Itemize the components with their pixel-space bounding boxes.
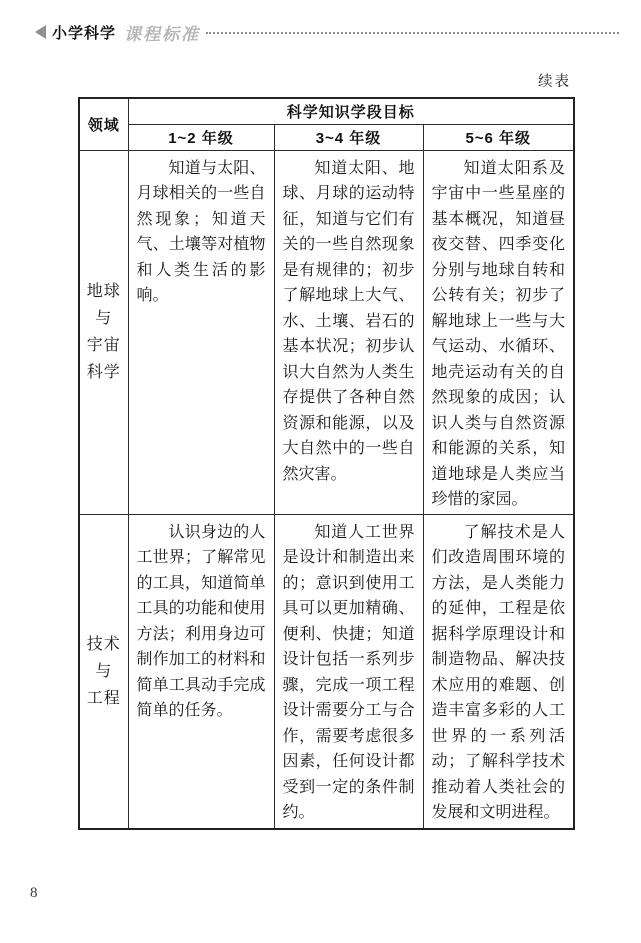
grade-header-1-2: 1~2 年级 xyxy=(128,124,274,150)
table-row-technology-engineering: 技术 与 工程 认识身边的人工世界；了解常见的工具，知道简单工具的功能和使用方法… xyxy=(79,514,574,829)
technology-grade-3-4-cell: 知道人工世界是设计和制造出来的；意识到使用工具可以更加精确、便利、快捷；知道设计… xyxy=(274,514,423,829)
goal-span-header: 科学知识学段目标 xyxy=(128,98,574,124)
running-head: 小学科学 课程标准 xyxy=(35,20,619,44)
earth-space-grade-5-6-cell: 知道太阳系及宇宙中一些星座的基本概况，知道昼夜交替、四季变化分别与地球自转和公转… xyxy=(423,150,574,514)
page-number: 8 xyxy=(30,885,38,902)
continued-table-note: 续表 xyxy=(538,70,571,91)
table-header-row-2: 1~2 年级 3~4 年级 5~6 年级 xyxy=(79,124,574,150)
grade-header-3-4: 3~4 年级 xyxy=(274,124,423,150)
technology-grade-5-6-cell: 了解技术是人们改造周围环境的方法，是人类能力的延伸，工程是依据科学原理设计和制造… xyxy=(423,514,574,829)
table-header-row-1: 领域 科学知识学段目标 xyxy=(79,98,574,124)
grade-header-5-6: 5~6 年级 xyxy=(423,124,574,150)
earth-space-grade-3-4-cell: 知道太阳、地球、月球的运动特征，知道与它们有关的一些自然现象是有规律的；初步了解… xyxy=(274,150,423,514)
domain-column-header: 领域 xyxy=(79,98,128,150)
curriculum-standards-table: 领域 科学知识学段目标 1~2 年级 3~4 年级 5~6 年级 地球 与 宇宙… xyxy=(78,97,575,830)
technology-grade-1-2-cell: 认识身边的人工世界；了解常见的工具，知道简单工具的功能和使用方法；利用身边可制作… xyxy=(128,514,274,829)
domain-cell-earth-space: 地球 与 宇宙 科学 xyxy=(79,150,128,514)
triangle-left-icon xyxy=(35,25,46,39)
document-page: 小学科学 课程标准 续表 领域 科学知识学段目标 1~2 年级 3~4 年级 5… xyxy=(0,0,641,943)
book-title: 小学科学 xyxy=(52,22,116,43)
domain-cell-technology-engineering: 技术 与 工程 xyxy=(79,514,128,829)
earth-space-grade-1-2-cell: 知道与太阳、月球相关的一些自然现象；知道天气、土壤等对植物和人类生活的影响。 xyxy=(128,150,274,514)
series-subtitle: 课程标准 xyxy=(124,20,200,45)
dotted-rule xyxy=(206,32,619,34)
table-row-earth-space: 地球 与 宇宙 科学 知道与太阳、月球相关的一些自然现象；知道天气、土壤等对植物… xyxy=(79,150,574,514)
